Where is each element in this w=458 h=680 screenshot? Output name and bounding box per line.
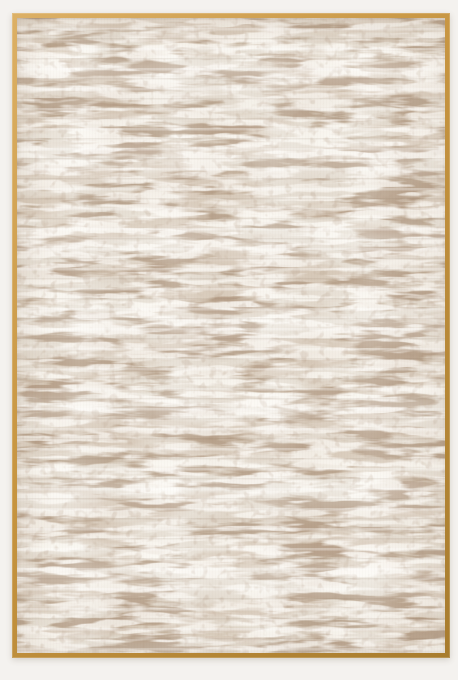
- artwork-photo: [0, 0, 458, 680]
- painting-texture: [17, 18, 445, 653]
- painting-canvas: [17, 18, 445, 653]
- picture-frame: [12, 13, 450, 658]
